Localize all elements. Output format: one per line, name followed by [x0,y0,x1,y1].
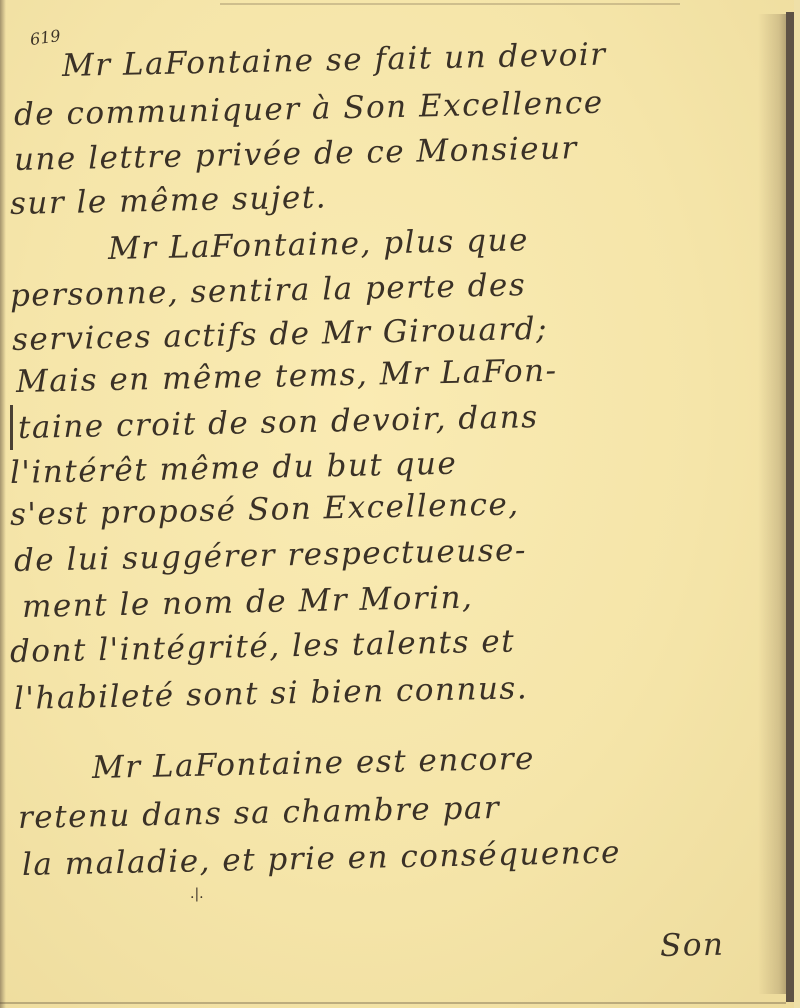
letter-line: dont l'intégrité, les talents et [10,623,516,670]
letter-line: l'intérêt même du but que [10,446,458,491]
letter-body: Mr LaFontaine se fait un devoir de commu… [0,0,780,1008]
letter-line: sur le même sujet. [10,179,328,222]
letter-line: services actifs de Mr Girouard; [12,311,549,358]
letter-line: de lui suggérer respectueuse- [14,532,528,579]
letter-line: Mr LaFontaine, plus que [108,222,530,267]
letter-line: ment le nom de Mr Morin, [22,580,474,625]
letter-line: taine croit de son devoir, dans [18,399,539,446]
letter-line: l'habileté sont si bien connus. [14,670,529,717]
letter-line: s'est proposé Son Excellence, [10,486,520,533]
letter-line: personne, sentira la perte des [10,267,527,314]
catchword: Son [660,927,725,964]
letter-line: Mais en même tems, Mr LaFon- [16,353,558,400]
letter-line: retenu dans sa chambre par [18,790,501,836]
letter-line: la maladie, et prie en conséquence [22,834,622,883]
letter-line: de communiquer à Son Excellence [14,85,604,133]
manuscript-page: 619 Mr LaFontaine se fait un devoir de c… [0,0,800,1008]
letter-line: une lettre privée de ce Monsieur [14,130,579,178]
letter-line: Mr LaFontaine est encore [92,741,536,786]
right-outer-margin [794,0,800,1008]
letter-line: Mr LaFontaine se fait un devoir [62,37,607,84]
stray-ink-mark: .|. [190,886,204,902]
right-page-edge [786,12,794,1002]
